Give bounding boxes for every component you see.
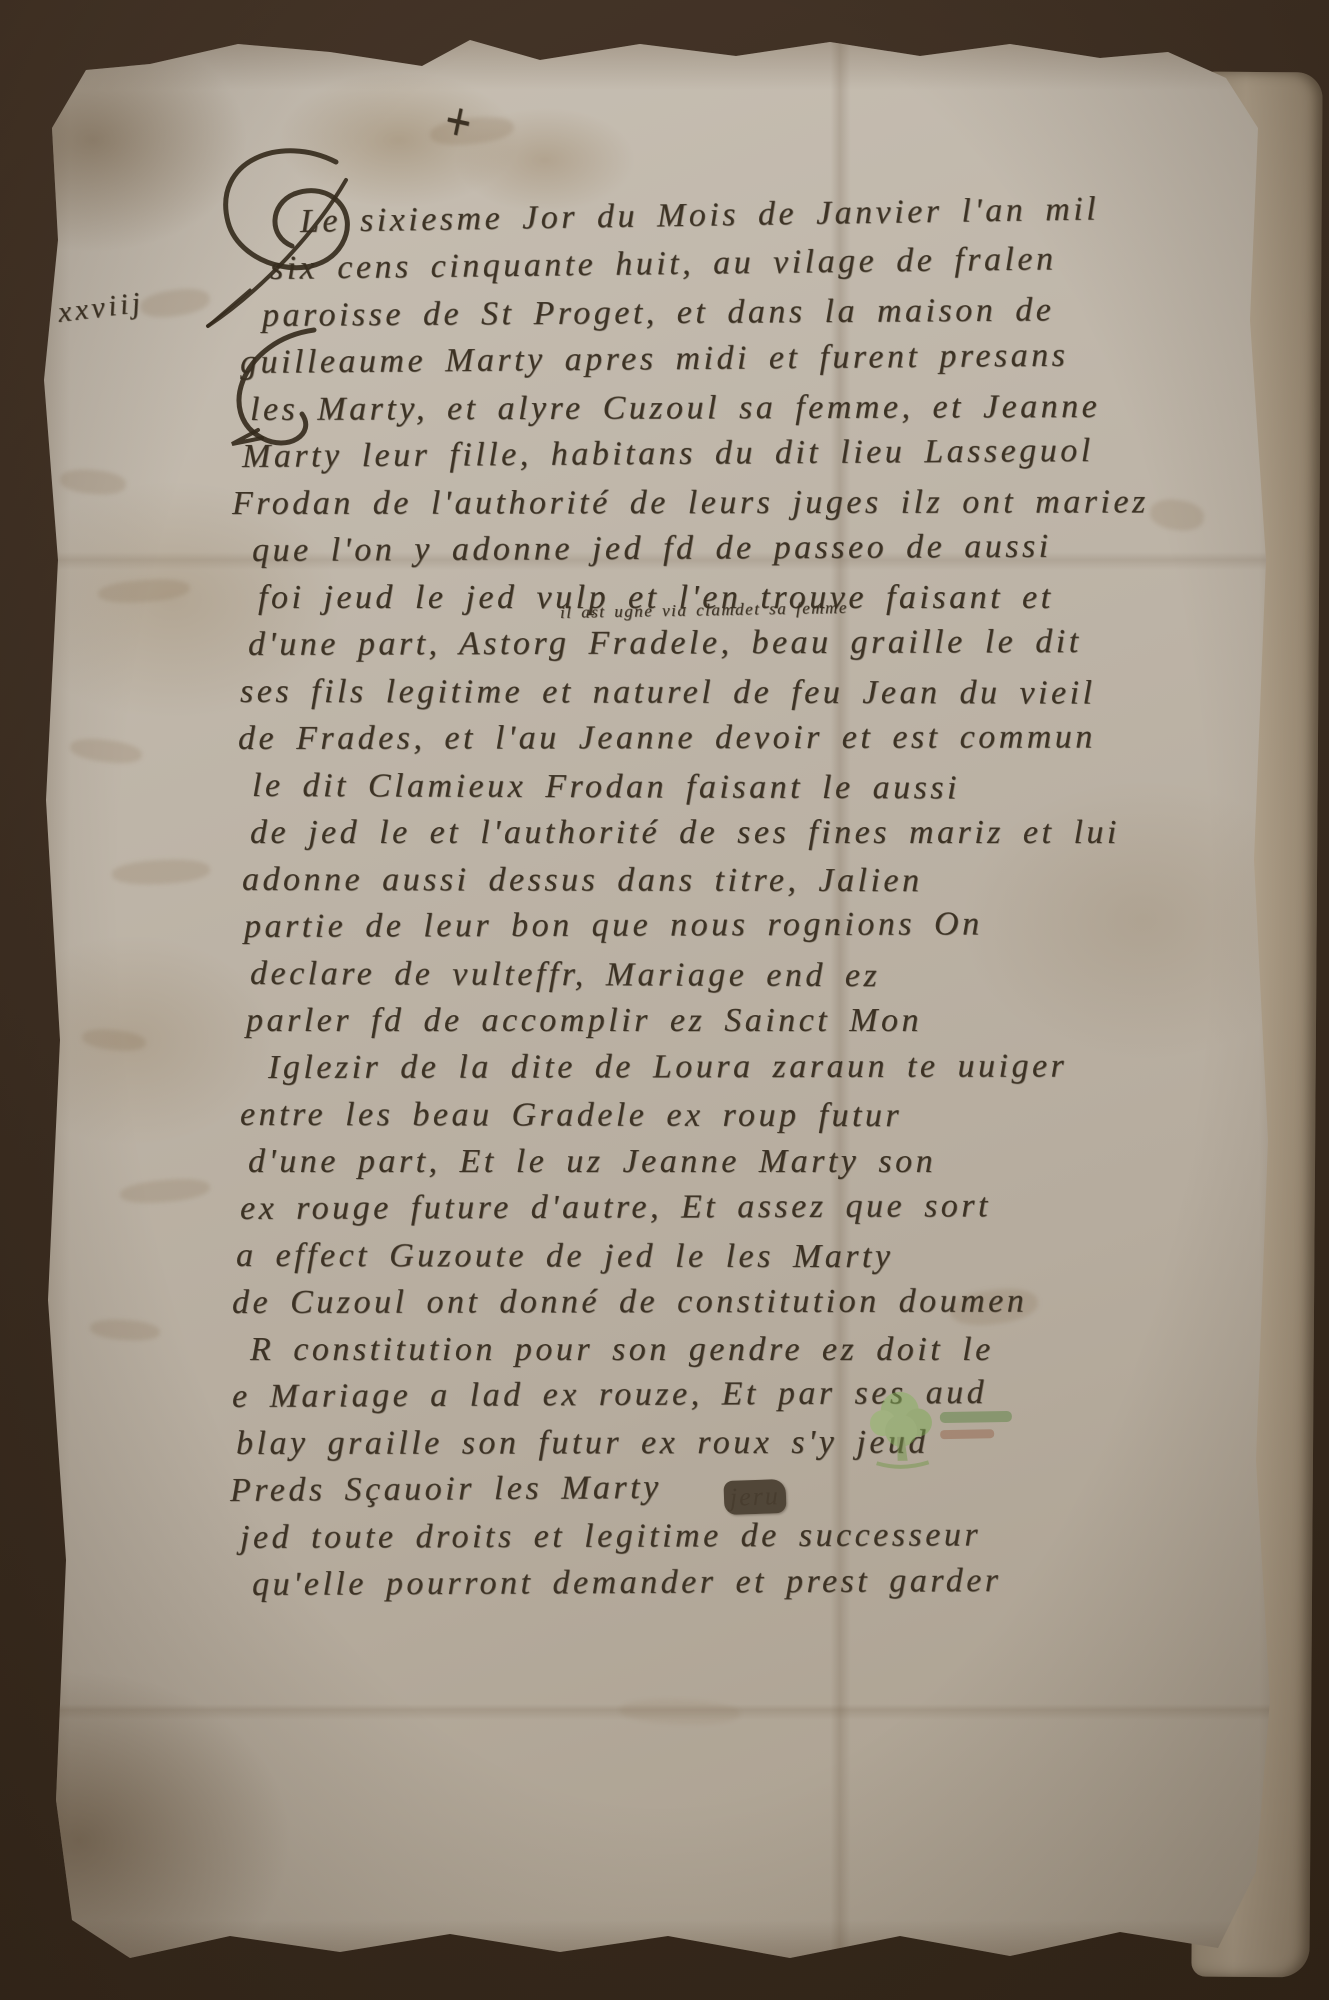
manuscript-line: guilleaume Marty apres midi et furent pr… xyxy=(240,339,1069,380)
manuscript-line: le dit Clamieux Frodan faisant le aussi xyxy=(252,769,960,805)
cross-mark: + xyxy=(439,91,480,153)
manuscript-line: R constitution pour son gendre ez doit l… xyxy=(250,1333,994,1367)
manuscript-line: six cens cinquante huit, au vilage de fr… xyxy=(270,242,1057,286)
bleedthrough-mark xyxy=(111,857,210,886)
manuscript-line: Preds Sçauoir les Marty xyxy=(230,1471,662,1508)
bleedthrough-mark xyxy=(1148,496,1206,533)
watermark-tree-logo xyxy=(855,1370,1041,1477)
bleedthrough-mark xyxy=(89,1318,160,1343)
manuscript-line: de jed le et l'authorité de ses fines ma… xyxy=(250,816,1120,850)
manuscript-line: ses fils legitime et naturel de feu Jean… xyxy=(240,675,1096,710)
manuscript-line: entre les beau Gradele ex roup futur xyxy=(240,1098,902,1133)
manuscript-line: jed toute droits et legitime de successe… xyxy=(240,1518,981,1555)
margin-folio-note: xxviij xyxy=(56,288,145,328)
manuscript-line: d'une part, Astorg Fradele, beau graille… xyxy=(248,625,1082,662)
manuscript-line: qu'elle pourront demander et prest garde… xyxy=(252,1564,1002,1602)
manuscript-line: d'une part, Et le uz Jeanne Marty son xyxy=(248,1145,936,1179)
manuscript-line: ex rouge future d'autre, Et assez que so… xyxy=(240,1189,991,1226)
margin-swirl-flourish xyxy=(214,322,329,452)
manuscript-line: Frodan de l'authorité de leurs juges ilz… xyxy=(232,485,1149,521)
manuscript-line: Iglezir de la dite de Loura zaraun te uu… xyxy=(268,1050,1067,1085)
bleedthrough-mark xyxy=(97,577,190,605)
manuscript-line: partie de leur bon que nous rognions On xyxy=(244,907,983,944)
bleedthrough-mark xyxy=(119,1176,211,1206)
manuscript-paper: + xxviij Le sixiesme Jor du Mois de Janv… xyxy=(0,0,1329,2000)
bleedthrough-mark xyxy=(81,1027,147,1054)
manuscript-line: les Marty, et alyre Cuzoul sa femme, et … xyxy=(250,390,1100,427)
manuscript-line: Marty leur fille, habitans du dit lieu L… xyxy=(242,434,1094,474)
manuscript-line: paroisse de St Proget, et dans la maison… xyxy=(262,293,1055,333)
bleedthrough-mark xyxy=(620,1698,741,1726)
manuscript-line: de Frades, et l'au Jeanne devoir et est … xyxy=(238,721,1096,756)
manuscript-line: a effect Guzoute de jed le les Marty xyxy=(236,1239,894,1274)
manuscript-line: de Cuzoul ont donné de constitution doum… xyxy=(232,1285,1027,1320)
struck-out-word: jeru xyxy=(723,1479,786,1515)
bleedthrough-mark xyxy=(59,467,127,497)
manuscript-line: que l'on y adonne jed fd de passeo de au… xyxy=(252,530,1052,568)
manuscript-line: declare de vulteffr, Mariage end ez xyxy=(250,957,880,993)
interline-insertion: il ast ugne via clamdet sa femme xyxy=(560,599,848,621)
manuscript-line: Le sixiesme Jor du Mois de Janvier l'an … xyxy=(300,192,1100,239)
bleedthrough-mark xyxy=(69,736,143,767)
manuscript-photo: + xxviij Le sixiesme Jor du Mois de Janv… xyxy=(0,0,1329,2000)
manuscript-line: parler fd de accomplir ez Sainct Mon xyxy=(246,1004,922,1038)
manuscript-line: adonne aussi dessus dans titre, Jalien xyxy=(242,863,923,898)
manuscript-line: blay graille son futur ex roux s'y jeud xyxy=(236,1426,929,1461)
